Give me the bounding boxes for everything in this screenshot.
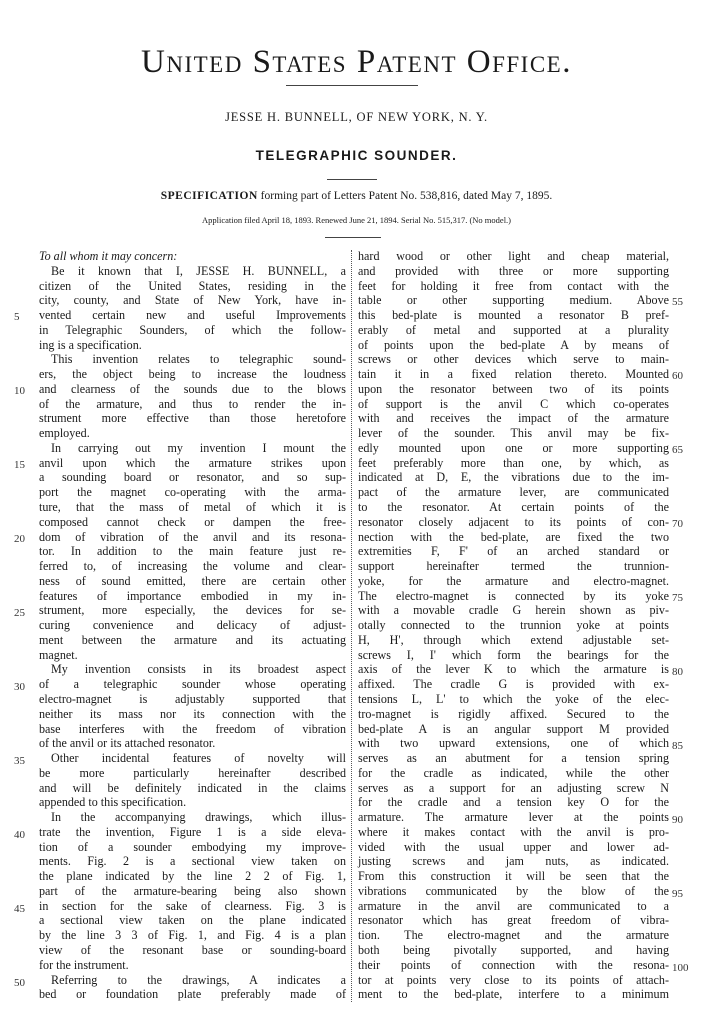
text-line: base interferes with the freedom of vibr… bbox=[39, 722, 346, 737]
line-number: 75 bbox=[672, 592, 683, 604]
text-line: ments. Fig. 2 is a sectional view taken … bbox=[39, 854, 346, 869]
specification-text: forming part of Letters Patent No. 538,8… bbox=[258, 190, 552, 202]
text-line: magnet. bbox=[39, 648, 346, 663]
line-number: 50 bbox=[14, 977, 25, 989]
text-line: extremities F, F' of an arched standard … bbox=[358, 544, 669, 559]
text-line: ing is a specification. bbox=[39, 338, 346, 353]
text-line: view of the resonant base or sounding-bo… bbox=[39, 943, 346, 958]
text-line: port the magnet co-operating with the ar… bbox=[39, 485, 346, 500]
text-line: From this construction it will be seen t… bbox=[358, 869, 669, 884]
text-line: neither its mass nor its connection with… bbox=[39, 707, 346, 722]
text-line: vided with the usual upper and lower ad- bbox=[358, 840, 669, 855]
text-line: part of the armature-bearing being also … bbox=[39, 884, 346, 899]
text-line: dom of vibration of the anvil and its re… bbox=[39, 530, 346, 545]
text-line: a sectional view taken on the plane indi… bbox=[39, 913, 346, 928]
column-divider bbox=[351, 250, 352, 1002]
text-line: electro-magnet is adjustably supported t… bbox=[39, 692, 346, 707]
text-line: of support is the anvil C which co-opera… bbox=[358, 397, 669, 412]
text-line: This invention relates to telegraphic so… bbox=[39, 352, 346, 367]
line-number: 95 bbox=[672, 888, 683, 900]
text-line: and will be definitely indicated in the … bbox=[39, 781, 346, 796]
text-line: pact of the armature lever, are communic… bbox=[358, 485, 669, 500]
text-line: where it makes contact with the anvil is… bbox=[358, 825, 669, 840]
text-line: justing screws and jam nuts, as indicate… bbox=[358, 854, 669, 869]
text-line: by the line 3 3 of Fig. 1, and Fig. 4 is… bbox=[39, 928, 346, 943]
text-line: tion. The electro-magnet and the armatur… bbox=[358, 928, 669, 943]
text-line: for the cradle as indicated, while the o… bbox=[358, 766, 669, 781]
text-line: screws I, I' which form the bearings for… bbox=[358, 648, 669, 663]
line-number: 100 bbox=[672, 962, 689, 974]
line-number: 40 bbox=[14, 829, 25, 841]
line-number: 60 bbox=[672, 370, 683, 382]
text-line: this bed-plate is mounted a resonator B … bbox=[358, 308, 669, 323]
text-line: tor. In addition to the main feature jus… bbox=[39, 544, 346, 559]
text-line: ment to the bed-plate, interfere to a mi… bbox=[358, 987, 669, 1002]
text-line: citizen of the United States, residing i… bbox=[39, 279, 346, 294]
text-line: features of importance embodied in my in… bbox=[39, 589, 346, 604]
line-number: 20 bbox=[14, 533, 25, 545]
text-line: ness of sound emitted, there are certain… bbox=[39, 574, 346, 589]
text-line: lever of the sounder. This anvil may be … bbox=[358, 426, 669, 441]
text-line: hard wood or other light and cheap mater… bbox=[358, 249, 669, 264]
text-line: of the anvil or its attached resonator. bbox=[39, 736, 346, 751]
text-line: be more particularly hereinafter describ… bbox=[39, 766, 346, 781]
text-line: for the instrument. bbox=[39, 958, 346, 973]
text-line: vibrations communicated by the blow of t… bbox=[358, 884, 669, 899]
text-line: in section for the sake of clearness. Fi… bbox=[39, 899, 346, 914]
text-line: H, H', through which extend adjustable s… bbox=[358, 633, 669, 648]
text-line: serves as an abutment for a tension spri… bbox=[358, 751, 669, 766]
text-line: curing convenience and delicacy of adjus… bbox=[39, 618, 346, 633]
text-line: vented certain new and useful Improvemen… bbox=[39, 308, 346, 323]
application-line: Application filed April 18, 1893. Renewe… bbox=[0, 215, 713, 225]
line-number: 85 bbox=[672, 740, 683, 752]
office-title: United States Patent Office. bbox=[0, 44, 713, 81]
line-number: 10 bbox=[14, 385, 25, 397]
line-number: 80 bbox=[672, 666, 683, 678]
text-line: table or other supporting medium. Above bbox=[358, 293, 669, 308]
text-line: upon the resonator between two of its po… bbox=[358, 382, 669, 397]
text-line: composed cannot check or dampen the free… bbox=[39, 515, 346, 530]
text-line: tion of a sounder embodying my improve- bbox=[39, 840, 346, 855]
text-line: and provided with three or more supporti… bbox=[358, 264, 669, 279]
text-line: In the accompanying drawings, which illu… bbox=[39, 810, 346, 825]
text-line: ment between the armature and its actuat… bbox=[39, 633, 346, 648]
text-line: nection with the bed-plate, are fixed th… bbox=[358, 530, 669, 545]
text-line: armature in the anvil are communicated t… bbox=[358, 899, 669, 914]
text-line: employed. bbox=[39, 426, 346, 441]
text-line: the plane indicated by the line 2 2 of F… bbox=[39, 869, 346, 884]
application-rule bbox=[325, 237, 381, 238]
text-line: resonator which has great freedom of vib… bbox=[358, 913, 669, 928]
text-line: axis of the lever K to which the armatur… bbox=[358, 662, 669, 677]
text-line: edly mounted upon one or more supporting bbox=[358, 441, 669, 456]
text-line: tor at points very close to its points o… bbox=[358, 973, 669, 988]
text-line: screws or other devices which serve to m… bbox=[358, 352, 669, 367]
text-line: a sounding board or resonator, and so su… bbox=[39, 470, 346, 485]
invention-rule bbox=[327, 179, 377, 180]
text-line: with two upward extensions, one of which bbox=[358, 736, 669, 751]
line-number: 65 bbox=[672, 444, 683, 456]
left-column: To all whom it may concern: Be it known … bbox=[39, 249, 346, 1002]
text-line: of the armature, and thus to render the … bbox=[39, 397, 346, 412]
text-line: indicated at D, E, the vibrations due to… bbox=[358, 470, 669, 485]
text-line: strument more effective than those heret… bbox=[39, 411, 346, 426]
text-line: both being pivotally supported, and havi… bbox=[358, 943, 669, 958]
text-line: for the cradle and a tension key O for t… bbox=[358, 795, 669, 810]
text-line: support hereinafter termed the trunnion- bbox=[358, 559, 669, 574]
text-line: otally connected to the trunnion yoke at… bbox=[358, 618, 669, 633]
text-line: their points of connection with the reso… bbox=[358, 958, 669, 973]
text-line: tro-magnet is rigidly affixed. Secured t… bbox=[358, 707, 669, 722]
text-line: Be it known that I, JESSE H. BUNNELL, a bbox=[39, 264, 346, 279]
text-line: My invention consists in its broadest as… bbox=[39, 662, 346, 677]
text-line: feet for holding it free from contact wi… bbox=[358, 279, 669, 294]
line-number: 55 bbox=[672, 296, 683, 308]
line-number: 30 bbox=[14, 681, 25, 693]
text-line: resonator closely adjacent to its points… bbox=[358, 515, 669, 530]
text-line: ferred to, of increasing the volume and … bbox=[39, 559, 346, 574]
text-line: tain it in a fixed relation thereto. Mou… bbox=[358, 367, 669, 382]
text-line: ers, the object being to increase the lo… bbox=[39, 367, 346, 382]
text-line: strument, more especially, the devices f… bbox=[39, 603, 346, 618]
text-line: bed-plate A is an angular support M prov… bbox=[358, 722, 669, 737]
text-line: tensions L, L' to which the yoke of the … bbox=[358, 692, 669, 707]
text-line: Referring to the drawings, A indicates a bbox=[39, 973, 346, 988]
text-line: serves as a support for an adjusting scr… bbox=[358, 781, 669, 796]
text-line: anvil upon which the armature strikes up… bbox=[39, 456, 346, 471]
title-rule bbox=[286, 85, 418, 86]
text-line: affixed. The cradle G is provided with e… bbox=[358, 677, 669, 692]
text-line: ture, that the mass of metal of which it… bbox=[39, 500, 346, 515]
specification-lead: SPECIFICATION bbox=[161, 190, 258, 202]
specification-line: SPECIFICATION forming part of Letters Pa… bbox=[0, 190, 713, 202]
line-number: 70 bbox=[672, 518, 683, 530]
text-line: The electro-magnet is connected by its y… bbox=[358, 589, 669, 604]
text-line: city, county, and State of New York, hav… bbox=[39, 293, 346, 308]
text-line: in Telegraphic Sounders, of which the fo… bbox=[39, 323, 346, 338]
invention-title: TELEGRAPHIC SOUNDER. bbox=[0, 148, 713, 163]
text-line: of points upon the bed-plate A by means … bbox=[358, 338, 669, 353]
text-line: trate the invention, Figure 1 is a side … bbox=[39, 825, 346, 840]
text-line: with a movable cradle G herein shown as … bbox=[358, 603, 669, 618]
text-line: and clearness of the sounds due to the b… bbox=[39, 382, 346, 397]
line-number: 25 bbox=[14, 607, 25, 619]
text-line: erably of metal and supported at a plura… bbox=[358, 323, 669, 338]
text-line: appended to this specification. bbox=[39, 795, 346, 810]
text-line: yoke, for the armature and electro-magne… bbox=[358, 574, 669, 589]
text-line: armature. The armature lever at the poin… bbox=[358, 810, 669, 825]
text-line: bed or foundation plate preferably made … bbox=[39, 987, 346, 1002]
line-number: 35 bbox=[14, 755, 25, 767]
line-number: 90 bbox=[672, 814, 683, 826]
text-line: feet preferably more than one, by which,… bbox=[358, 456, 669, 471]
text-line: to the resonator. At certain points of t… bbox=[358, 500, 669, 515]
salutation: To all whom it may concern: bbox=[39, 249, 346, 264]
text-line: with and receives the impact of the arma… bbox=[358, 411, 669, 426]
inventor-line: JESSE H. BUNNELL, OF NEW YORK, N. Y. bbox=[0, 110, 713, 125]
text-line: Other incidental features of novelty wil… bbox=[39, 751, 346, 766]
line-number: 5 bbox=[14, 311, 20, 323]
text-line: of a telegraphic sounder whose operating bbox=[39, 677, 346, 692]
line-number: 15 bbox=[14, 459, 25, 471]
line-number: 45 bbox=[14, 903, 25, 915]
text-line: In carrying out my invention I mount the bbox=[39, 441, 346, 456]
right-column: hard wood or other light and cheap mater… bbox=[358, 249, 669, 1002]
